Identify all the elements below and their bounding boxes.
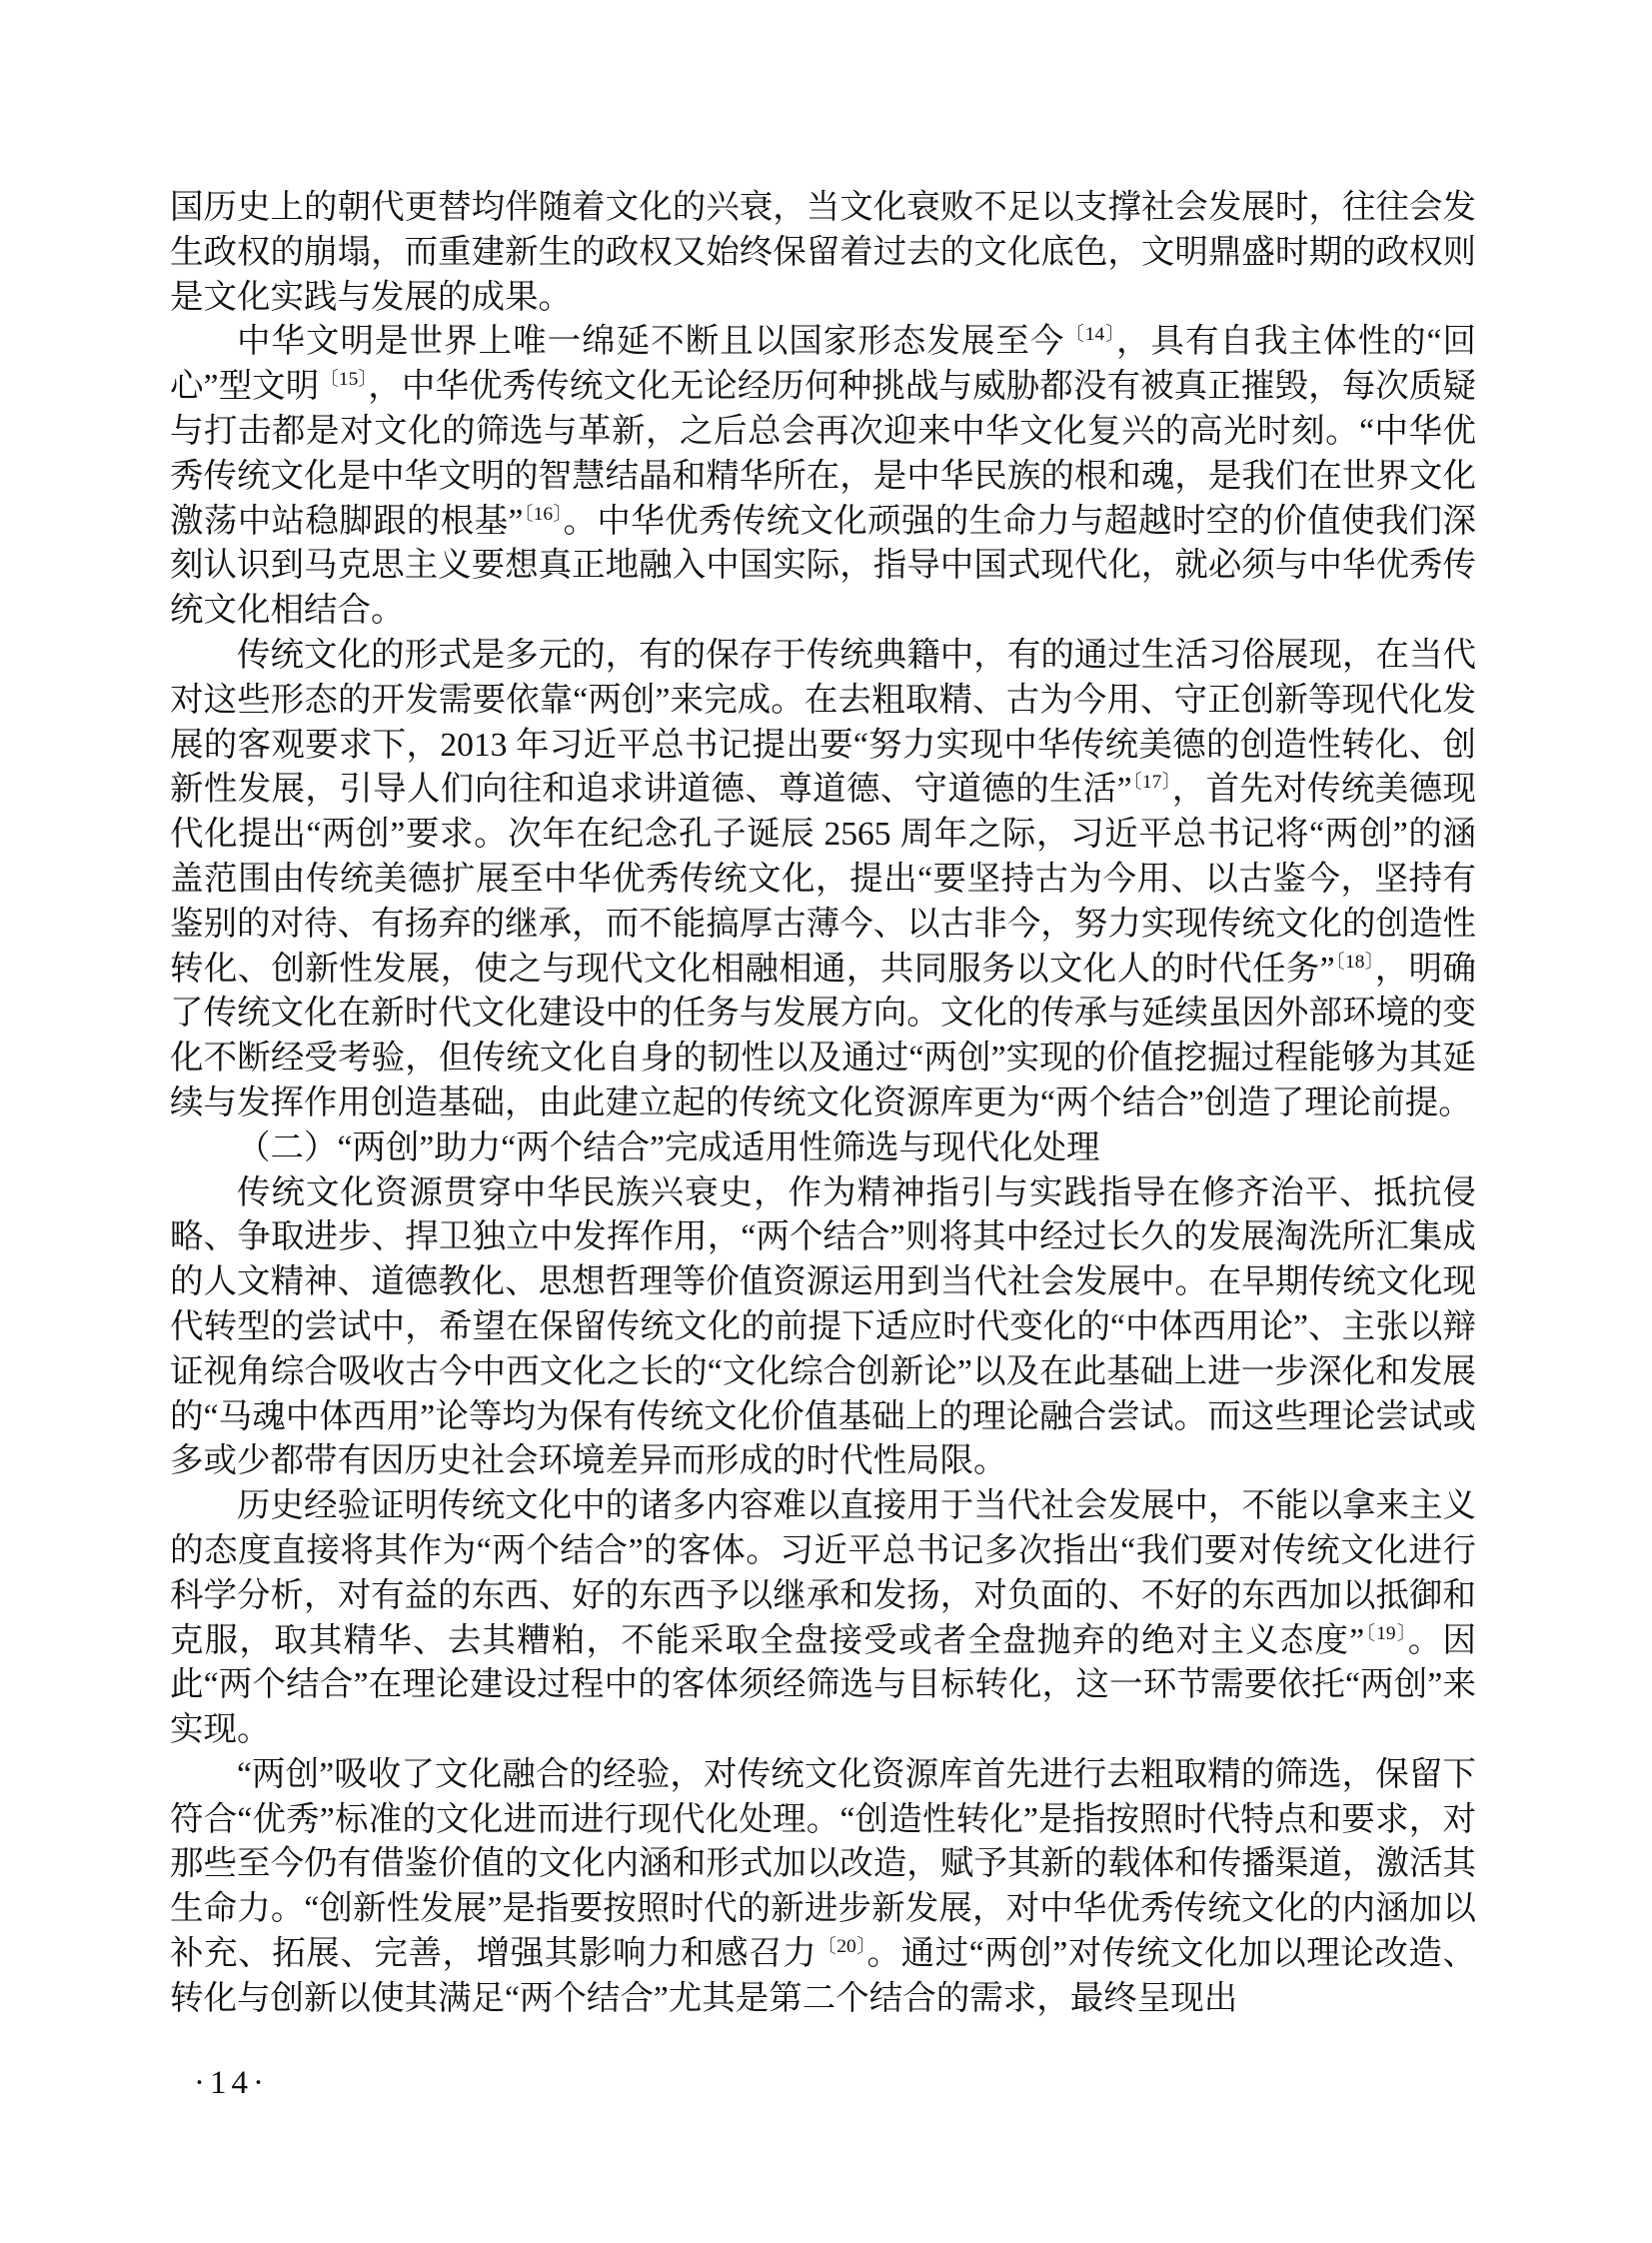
paragraph: “两创”吸收了文化融合的经验，对传统文化资源库首先进行去粗取精的筛选，保留下符合… — [170, 1753, 1476, 2022]
citation-marker: 〔19〕 — [1364, 1622, 1408, 1643]
paragraph: 传统文化资源贯穿中华民族兴衰史，作为精神指引与实践指导在修齐治平、抵抗侵略、争取… — [170, 1171, 1476, 1485]
citation-marker: 〔16〕 — [523, 503, 563, 524]
paragraph: 中华文明是世界上唯一绵延不断且以国家形态发展至今〔14〕，具有自我主体性的“回心… — [170, 320, 1476, 634]
section-heading: （二）“两创”助力“两个结合”完成适用性筛选与现代化处理 — [170, 1126, 1476, 1171]
citation-marker: 〔18〕 — [1335, 951, 1375, 972]
paper-page: 国历史上的朝代更替均伴随着文化的兴衰，当文化衰败不足以支撑社会发展时，往往会发生… — [0, 0, 1652, 2243]
text-column: 国历史上的朝代更替均伴随着文化的兴衰，当文化衰败不足以支撑社会发展时，往往会发生… — [170, 186, 1476, 2022]
paragraph: 传统文化的形式是多元的，有的保存于传统典籍中，有的通过生活习俗展现，在当代对这些… — [170, 634, 1476, 1126]
citation-marker: 〔15〕 — [319, 369, 368, 390]
page-number: ·14· — [194, 2063, 269, 2103]
paragraph: 历史经验证明传统文化中的诸多内容难以直接用于当代社会发展中，不能以拿来主义的态度… — [170, 1484, 1476, 1753]
citation-marker: 〔14〕 — [1064, 324, 1116, 345]
citation-marker: 〔20〕 — [817, 1936, 866, 1957]
citation-marker: 〔17〕 — [1132, 772, 1172, 793]
paragraph-continuation: 国历史上的朝代更替均伴随着文化的兴衰，当文化衰败不足以支撑社会发展时，往往会发生… — [170, 186, 1476, 320]
